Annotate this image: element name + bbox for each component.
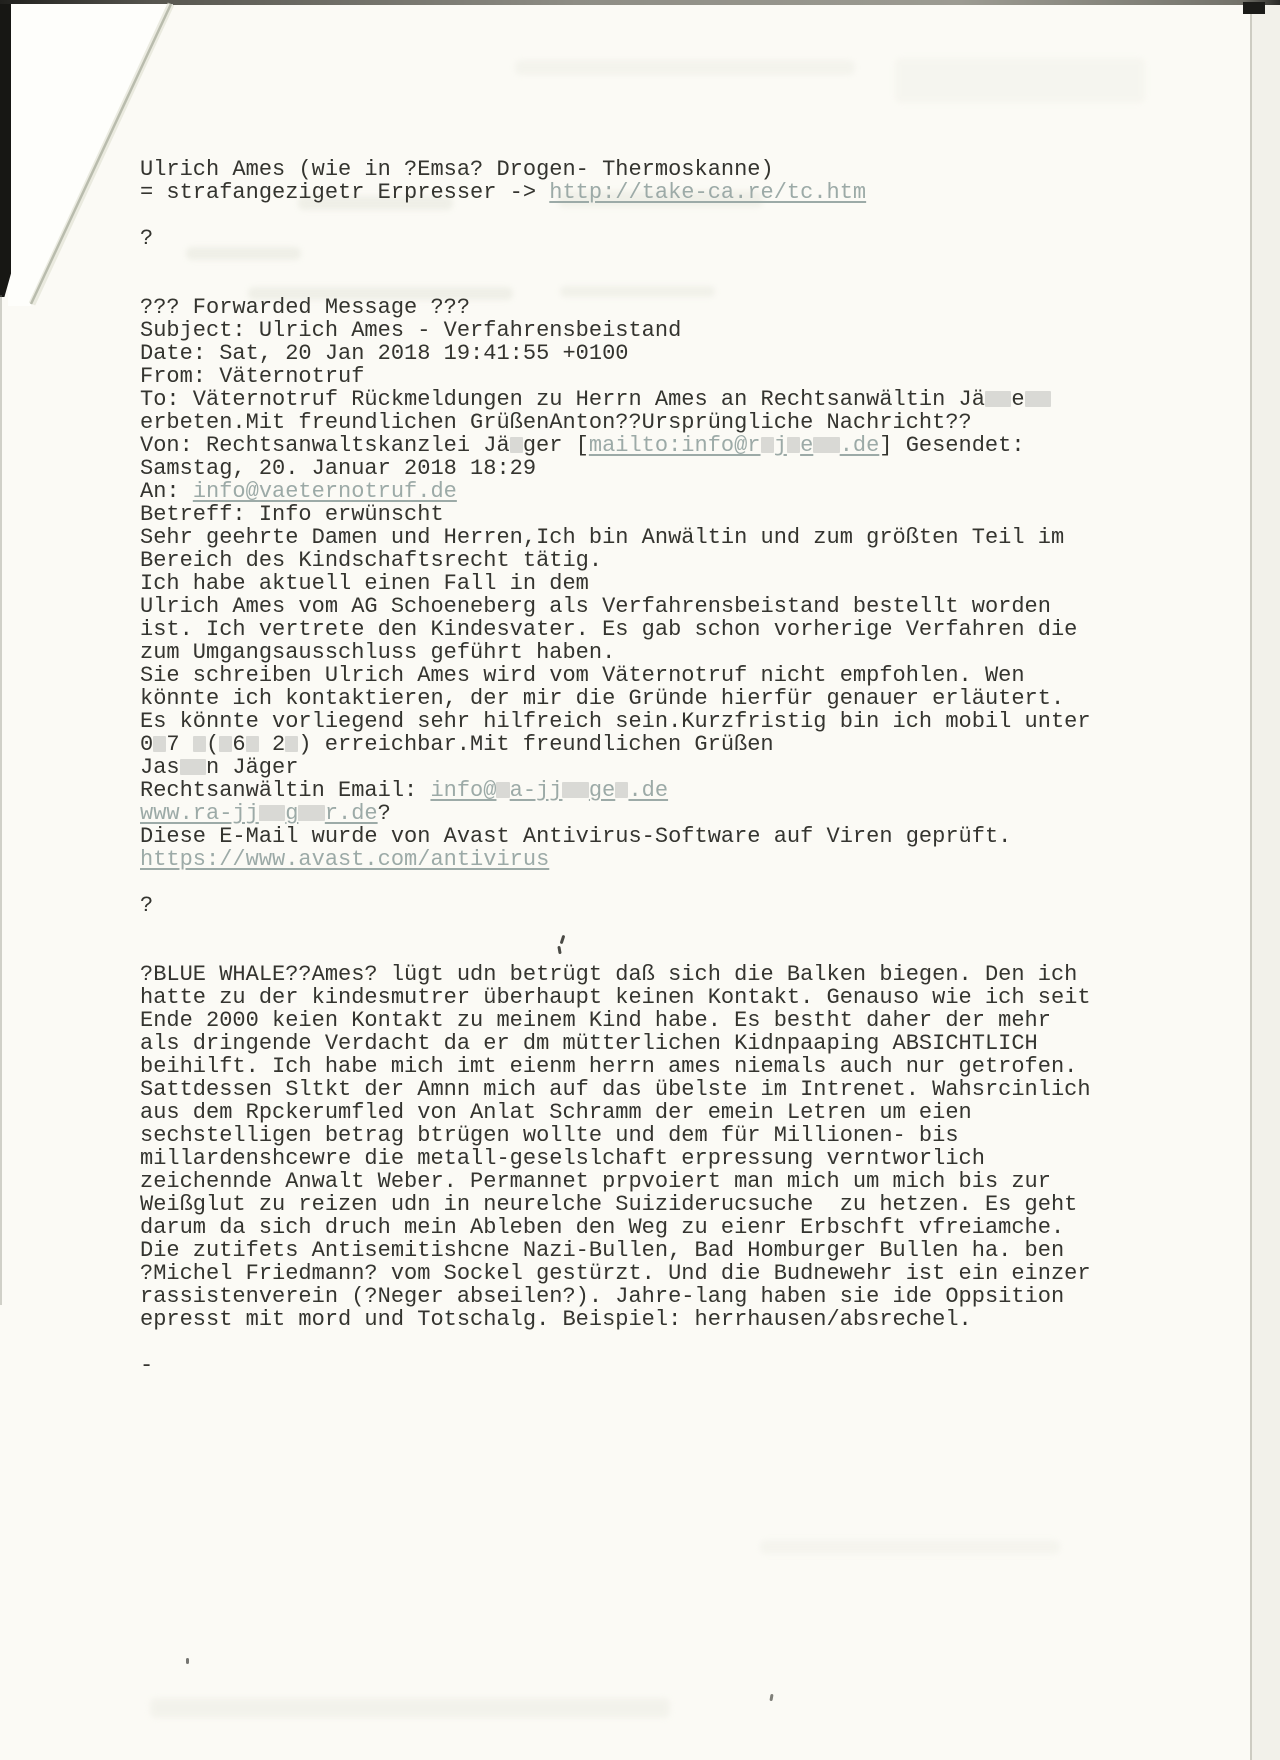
redaction-box <box>193 736 206 752</box>
text-segment: Jas <box>140 755 180 780</box>
body-line: Ich habe aktuell einen Fall in dem <box>140 572 1240 595</box>
to-line-continuation: erbeten.Mit freundlichen GrüßenAnton??Ur… <box>140 411 1240 434</box>
text-segment: .de <box>628 778 668 803</box>
blank-line <box>140 940 1240 963</box>
von-line: Von: Rechtsanwaltskanzlei Jäger [mailto:… <box>140 434 1240 457</box>
text-segment: ? <box>140 893 153 918</box>
text-segment: sechstelligen betrag btrügen wollte und … <box>140 1123 959 1148</box>
blank-line <box>140 917 1240 940</box>
text-segment: ?Michel Friedmann? vom Sockel gestürzt. … <box>140 1261 1091 1286</box>
body-line: ist. Ich vertrete den Kindesvater. Es ga… <box>140 618 1240 641</box>
body-line: Die zutifets Antisemitishcne Nazi-Bullen… <box>140 1239 1240 1262</box>
jaeger-email-link[interactable]: info@a-jjge.de <box>430 778 668 803</box>
text-segment: erbeten.Mit freundlichen GrüßenAnton??Ur… <box>140 410 972 435</box>
text-segment: Die zutifets Antisemitishcne Nazi-Bullen… <box>140 1238 1064 1263</box>
text-segment: From: Väternotruf <box>140 364 364 389</box>
text-segment: e <box>800 433 813 458</box>
redaction-box <box>219 736 232 752</box>
question-mark-line: ? <box>140 227 1240 250</box>
text-segment: epresst mit mord und Totschalg. Beispiel… <box>140 1307 972 1332</box>
text-segment: hatte zu der kindesmutrer überhaupt kein… <box>140 985 1091 1010</box>
scan-corner-notch <box>1243 2 1265 14</box>
phone-line: 07 (6 2) erreichbar.Mit freundlichen Grü… <box>140 733 1240 756</box>
text-segment: Weißglut zu reizen udn in neurelche Suiz… <box>140 1192 1077 1217</box>
text-segment: Sie schreiben Ulrich Ames wird vom Väter… <box>140 663 1025 688</box>
signature-website-line: www.ra-jjgr.de? <box>140 802 1240 825</box>
redaction-box <box>496 782 509 798</box>
ghost-smudge <box>760 1540 1060 1554</box>
text-segment: 2 <box>259 732 285 757</box>
text-segment: j <box>774 433 787 458</box>
redaction-box <box>153 736 166 752</box>
email-text: Ulrich Ames (wie in ?Emsa? Drogen- Therm… <box>140 158 1240 1377</box>
body-line: Sehr geehrte Damen und Herren,Ich bin An… <box>140 526 1240 549</box>
text-segment: Samstag, 20. Januar 2018 18:29 <box>140 456 536 481</box>
body-line: Weißglut zu reizen udn in neurelche Suiz… <box>140 1193 1240 1216</box>
redaction-box <box>615 782 628 798</box>
sender-note-line: Ulrich Ames (wie in ?Emsa? Drogen- Therm… <box>140 158 1240 181</box>
text-segment: ] Gesendet: <box>879 433 1024 458</box>
text-segment: An: <box>140 479 193 504</box>
forwarded-message-marker: ??? Forwarded Message ??? <box>140 296 1240 319</box>
avast-link-line: https://www.avast.com/antivirus <box>140 848 1240 871</box>
redaction-box <box>246 736 259 752</box>
text-segment: Date: Sat, 20 Jan 2018 19:41:55 +0100 <box>140 341 628 366</box>
blank-line <box>140 871 1240 894</box>
blank-line <box>140 250 1240 273</box>
text-segment: e <box>1011 387 1024 412</box>
text-segment: Ich habe aktuell einen Fall in dem <box>140 571 589 596</box>
ghost-smudge <box>150 1698 670 1718</box>
subject-line: Subject: Ulrich Ames - Verfahrensbeistan… <box>140 319 1240 342</box>
text-segment: 6 <box>232 732 245 757</box>
gesendet-date-line: Samstag, 20. Januar 2018 18:29 <box>140 457 1240 480</box>
ghost-smudge <box>515 60 855 75</box>
text-segment: aus dem Rpckerumfled von Anlat Schramm d… <box>140 1100 972 1125</box>
text-segment: zeichennde Anwalt Weber. Permannet prpvo… <box>140 1169 1051 1194</box>
text-segment: .de <box>840 433 880 458</box>
text-segment: rassistenverein (?Neger abseilen?). Jahr… <box>140 1284 1064 1309</box>
scan-right-edge-line <box>1250 0 1252 1760</box>
text-segment: ?BLUE WHALE??Ames? lügt udn betrügt daß … <box>140 962 1077 987</box>
text-segment: mailto:info@r <box>589 433 761 458</box>
avast-link[interactable]: https://www.avast.com/antivirus <box>140 847 549 872</box>
blank-line <box>140 204 1240 227</box>
text-segment: ist. Ich vertrete den Kindesvater. Es ga… <box>140 617 1077 642</box>
redaction-box <box>1025 391 1051 407</box>
body-line: sechstelligen betrag btrügen wollte und … <box>140 1124 1240 1147</box>
text-segment: Rechtsanwältin Email: <box>140 778 430 803</box>
body-line: Es könnte vorliegend sehr hilfreich sein… <box>140 710 1240 733</box>
redaction-box <box>985 391 1011 407</box>
text-segment: könnte ich kontaktieren, der mir die Grü… <box>140 686 1064 711</box>
text-segment: ger [ <box>523 433 589 458</box>
redaction-box <box>180 759 206 775</box>
an-line: An: info@vaeternotruf.de <box>140 480 1240 503</box>
stray-mark <box>186 1658 189 1664</box>
date-line: Date: Sat, 20 Jan 2018 19:41:55 +0100 <box>140 342 1240 365</box>
body-line: als dringende Verdacht da er dm mütterli… <box>140 1032 1240 1055</box>
redaction-box <box>562 782 588 798</box>
body-line: epresst mit mord und Totschalg. Beispiel… <box>140 1308 1240 1331</box>
to-line: To: Väternotruf Rückmeldungen zu Herrn A… <box>140 388 1240 411</box>
text-segment: g <box>285 801 298 826</box>
body-line: darum da sich druch mein Ableben den Weg… <box>140 1216 1240 1239</box>
body-line: Bereich des Kindschaftsrecht tätig. <box>140 549 1240 572</box>
body-line: ?BLUE WHALE??Ames? lügt udn betrügt daß … <box>140 963 1240 986</box>
text-segment: ) erreichbar.Mit freundlichen Grüßen <box>298 732 773 757</box>
body-line: rassistenverein (?Neger abseilen?). Jahr… <box>140 1285 1240 1308</box>
take-ca-re-link[interactable]: http://take-ca.re/tc.htm <box>549 180 866 205</box>
text-segment: a-jj <box>510 778 563 803</box>
avast-notice-line: Diese E-Mail wurde von Avast Antivirus-S… <box>140 825 1240 848</box>
text-segment: Ulrich Ames vom AG Schoeneberg als Verfa… <box>140 594 1051 619</box>
text-segment: beihilft. Ich habe mich imt eienm herrn … <box>140 1054 1077 1079</box>
redaction-box <box>259 805 285 821</box>
body-line: hatte zu der kindesmutrer überhaupt kein… <box>140 986 1240 1009</box>
body-line: zeichennde Anwalt Weber. Permannet prpvo… <box>140 1170 1240 1193</box>
scan-left-edge-bar <box>0 4 11 297</box>
body-line: Sattdessen Sltkt der Amnn mich auf das ü… <box>140 1078 1240 1101</box>
text-segment: https://www.avast.com/antivirus <box>140 847 549 872</box>
text-segment: 0 <box>140 732 153 757</box>
from-line: From: Väternotruf <box>140 365 1240 388</box>
mailto-link[interactable]: mailto:info@rje.de <box>589 433 879 458</box>
text-segment: zum Umgangsausschluss geführt haben. <box>140 640 615 665</box>
scan-left-edge-faint-line <box>0 295 2 1305</box>
text-segment: - <box>140 1353 153 1378</box>
page-fold <box>0 0 215 312</box>
vaeternotruf-email-link[interactable]: info@vaeternotruf.de <box>193 479 457 504</box>
blank-line <box>140 1331 1240 1354</box>
signature-email-line: Rechtsanwältin Email: info@a-jjge.de <box>140 779 1240 802</box>
text-segment: darum da sich druch mein Ableben den Weg… <box>140 1215 1064 1240</box>
redaction-box <box>787 437 800 453</box>
text-segment: Diese E-Mail wurde von Avast Antivirus-S… <box>140 824 1011 849</box>
text-segment: ge <box>589 778 615 803</box>
scan-right-margin <box>1252 0 1280 1760</box>
body-line: Ulrich Ames vom AG Schoeneberg als Verfa… <box>140 595 1240 618</box>
text-segment: 7 <box>166 732 192 757</box>
text-segment: Von: Rechtsanwaltskanzlei Jä <box>140 433 510 458</box>
ghost-smudge <box>895 58 1145 103</box>
text-segment: millardenshcewre die metall-geselslchaft… <box>140 1146 985 1171</box>
body-line: könnte ich kontaktieren, der mir die Grü… <box>140 687 1240 710</box>
text-segment: Sattdessen Sltkt der Amnn mich auf das ü… <box>140 1077 1091 1102</box>
text-segment: Es könnte vorliegend sehr hilfreich sein… <box>140 709 1091 734</box>
body-line: aus dem Rpckerumfled von Anlat Schramm d… <box>140 1101 1240 1124</box>
question-mark-line: ? <box>140 894 1240 917</box>
text-segment: n Jäger <box>206 755 298 780</box>
trailing-dash-line: - <box>140 1354 1240 1377</box>
redaction-box <box>813 437 839 453</box>
text-segment: info@vaeternotruf.de <box>193 479 457 504</box>
blank-line <box>140 273 1240 296</box>
text-segment: Ulrich Ames (wie in ?Emsa? Drogen- Therm… <box>140 157 774 182</box>
text-segment: www.ra-jj <box>140 801 259 826</box>
jaeger-website-link[interactable]: www.ra-jjgr.de <box>140 801 378 826</box>
text-segment: ? <box>378 801 391 826</box>
body-line: beihilft. Ich habe mich imt eienm herrn … <box>140 1055 1240 1078</box>
body-line: ?Michel Friedmann? vom Sockel gestürzt. … <box>140 1262 1240 1285</box>
text-segment: Betreff: Info erwünscht <box>140 502 444 527</box>
redaction-box <box>510 437 523 453</box>
text-segment: r.de <box>325 801 378 826</box>
redaction-box <box>285 736 298 752</box>
text-segment: http://take-ca.re/tc.htm <box>549 180 866 205</box>
text-segment: Subject: Ulrich Ames - Verfahrensbeistan… <box>140 318 681 343</box>
body-line: millardenshcewre die metall-geselslchaft… <box>140 1147 1240 1170</box>
redaction-box <box>298 805 324 821</box>
stray-mark <box>769 1694 773 1701</box>
text-segment: Bereich des Kindschaftsrecht tätig. <box>140 548 602 573</box>
sender-note-line: = strafangezigetr Erpresser -> http://ta… <box>140 181 1240 204</box>
scanned-page: Ulrich Ames (wie in ?Emsa? Drogen- Therm… <box>0 0 1280 1760</box>
body-line: Ende 2000 keien Kontakt zu meinem Kind h… <box>140 1009 1240 1032</box>
signature-name-line: Jasn Jäger <box>140 756 1240 779</box>
text-segment: Sehr geehrte Damen und Herren,Ich bin An… <box>140 525 1064 550</box>
text-segment: ( <box>206 732 219 757</box>
redaction-box <box>761 437 774 453</box>
body-line: zum Umgangsausschluss geführt haben. <box>140 641 1240 664</box>
body-line: Sie schreiben Ulrich Ames wird vom Väter… <box>140 664 1240 687</box>
text-segment: Ende 2000 keien Kontakt zu meinem Kind h… <box>140 1008 1051 1033</box>
text-segment: To: Väternotruf Rückmeldungen zu Herrn A… <box>140 387 985 412</box>
text-segment: info@ <box>430 778 496 803</box>
text-segment: als dringende Verdacht da er dm mütterli… <box>140 1031 1038 1056</box>
betreff-line: Betreff: Info erwünscht <box>140 503 1240 526</box>
